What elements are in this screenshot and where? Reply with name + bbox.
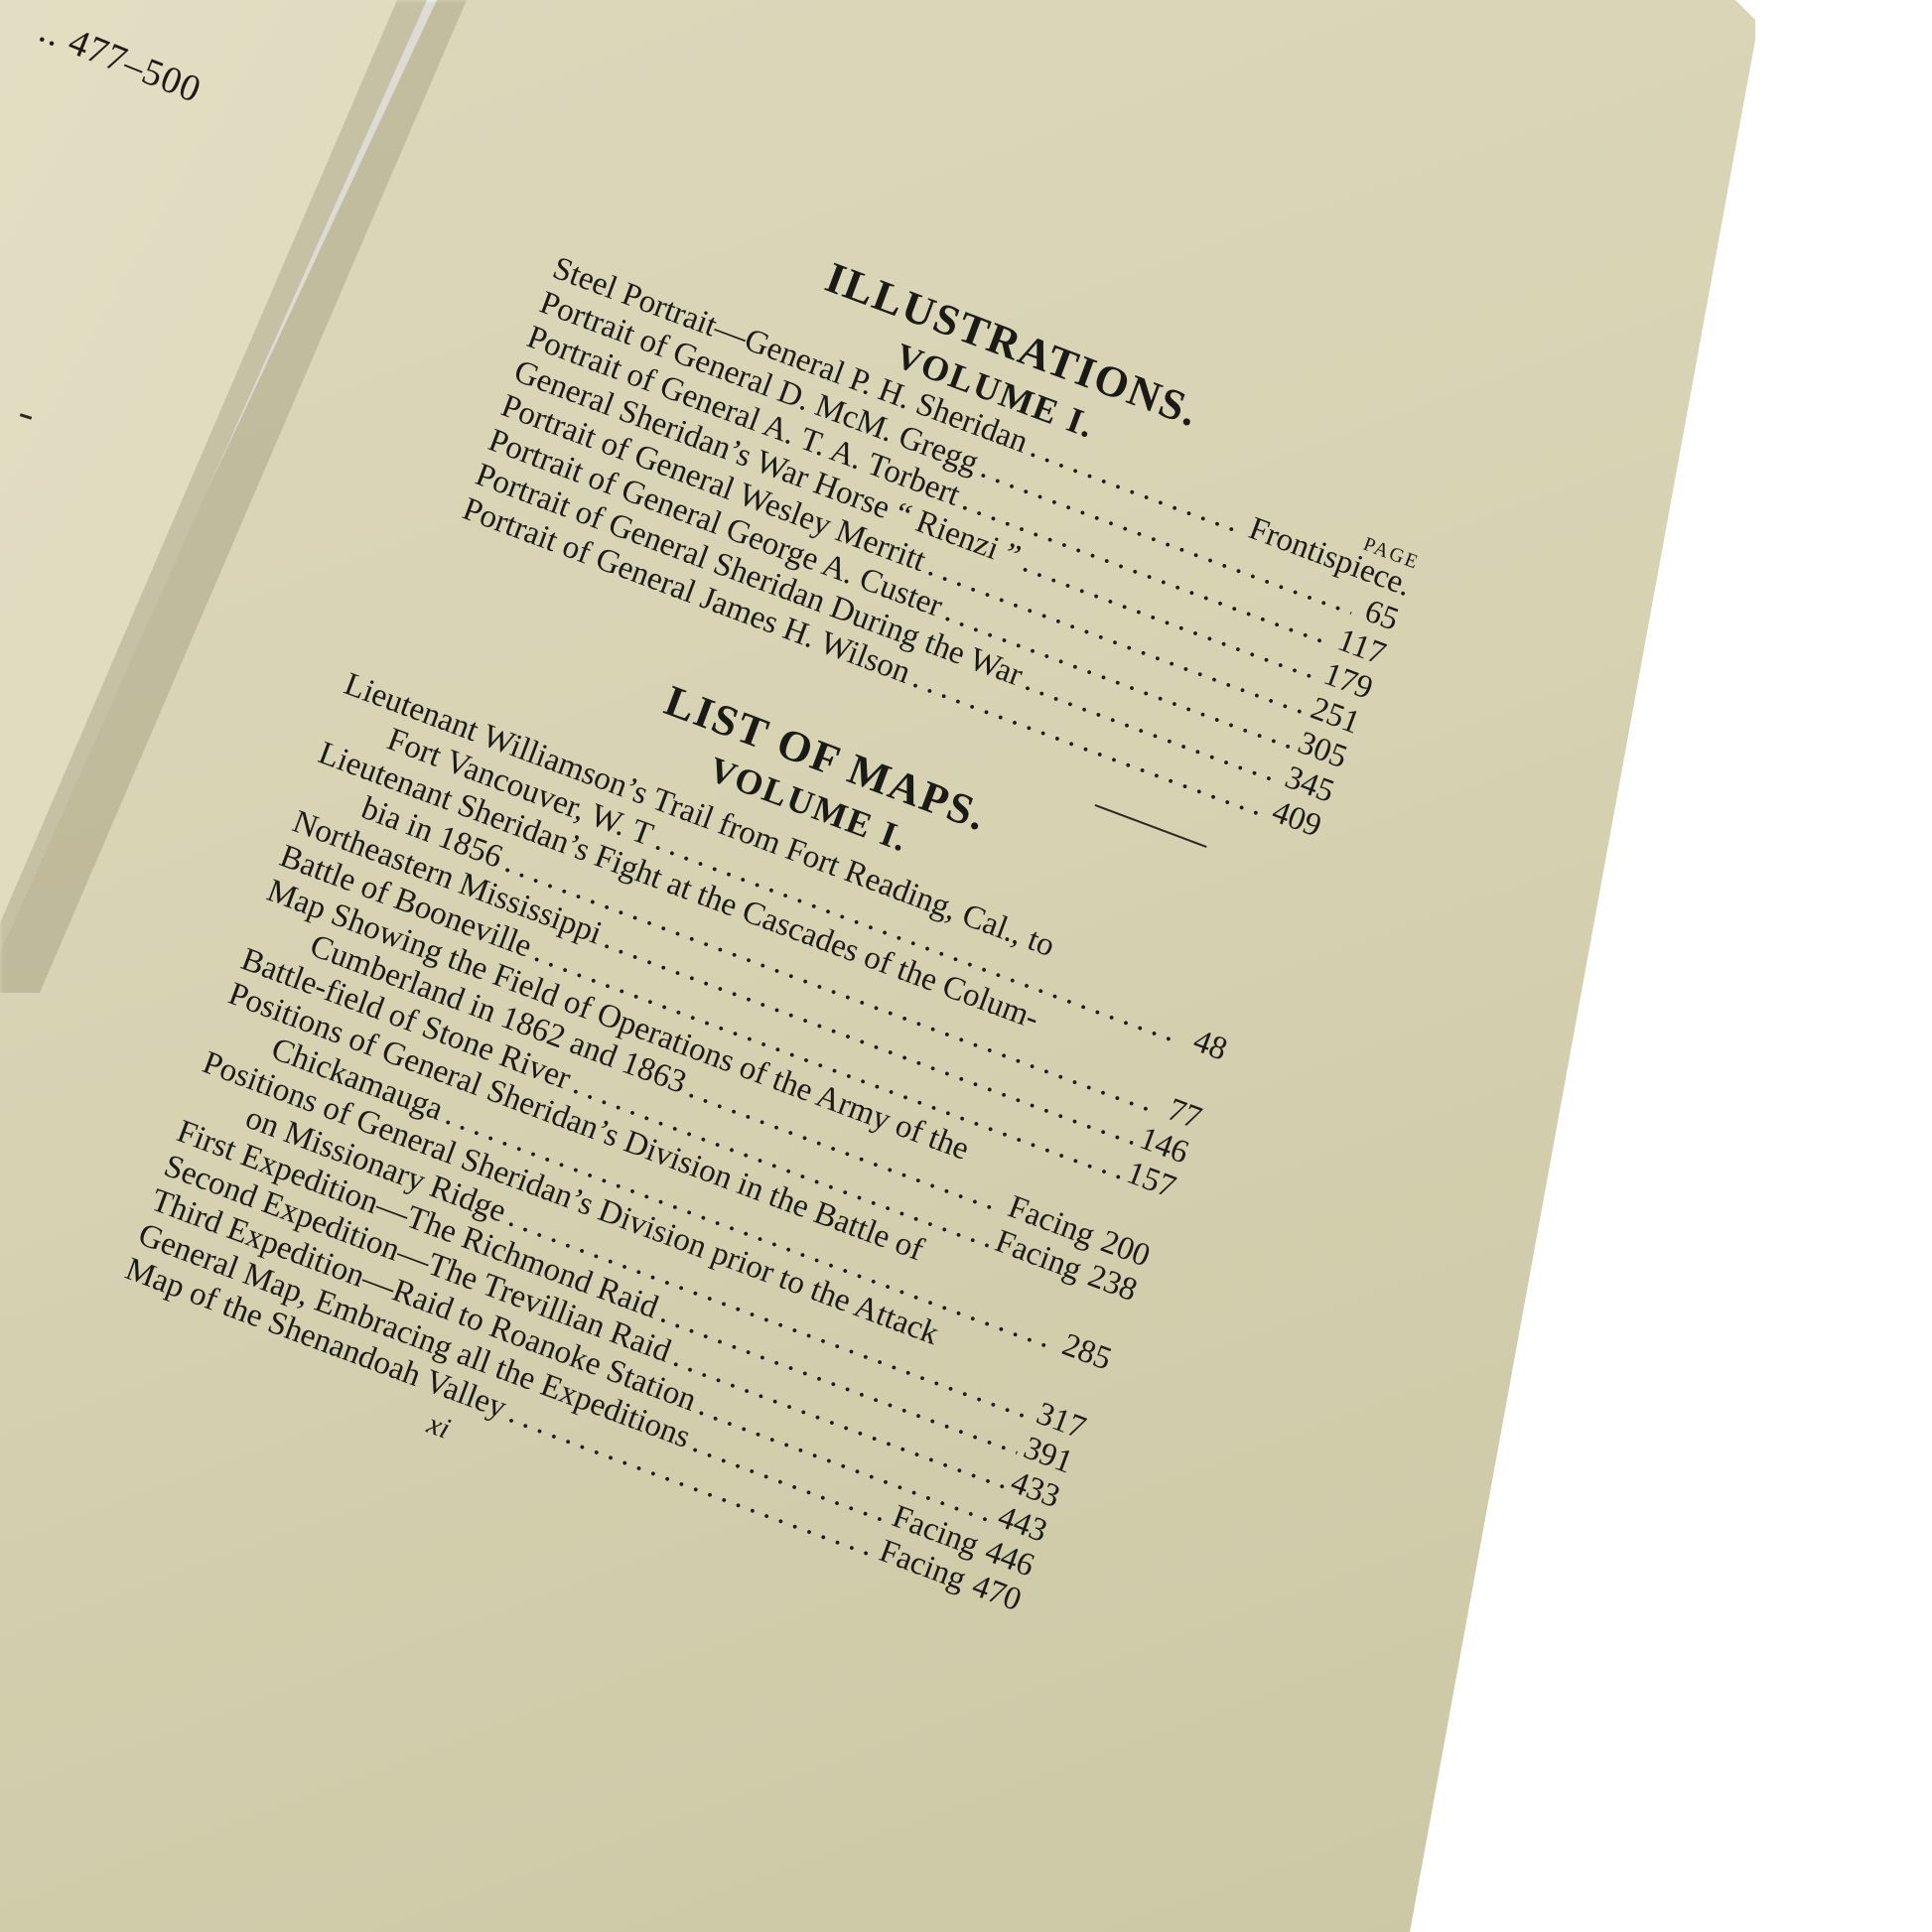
book-photo: .. 477–500 ILLUSTRATIONS. VOLUME I. PAGE… [0,0,1932,1932]
